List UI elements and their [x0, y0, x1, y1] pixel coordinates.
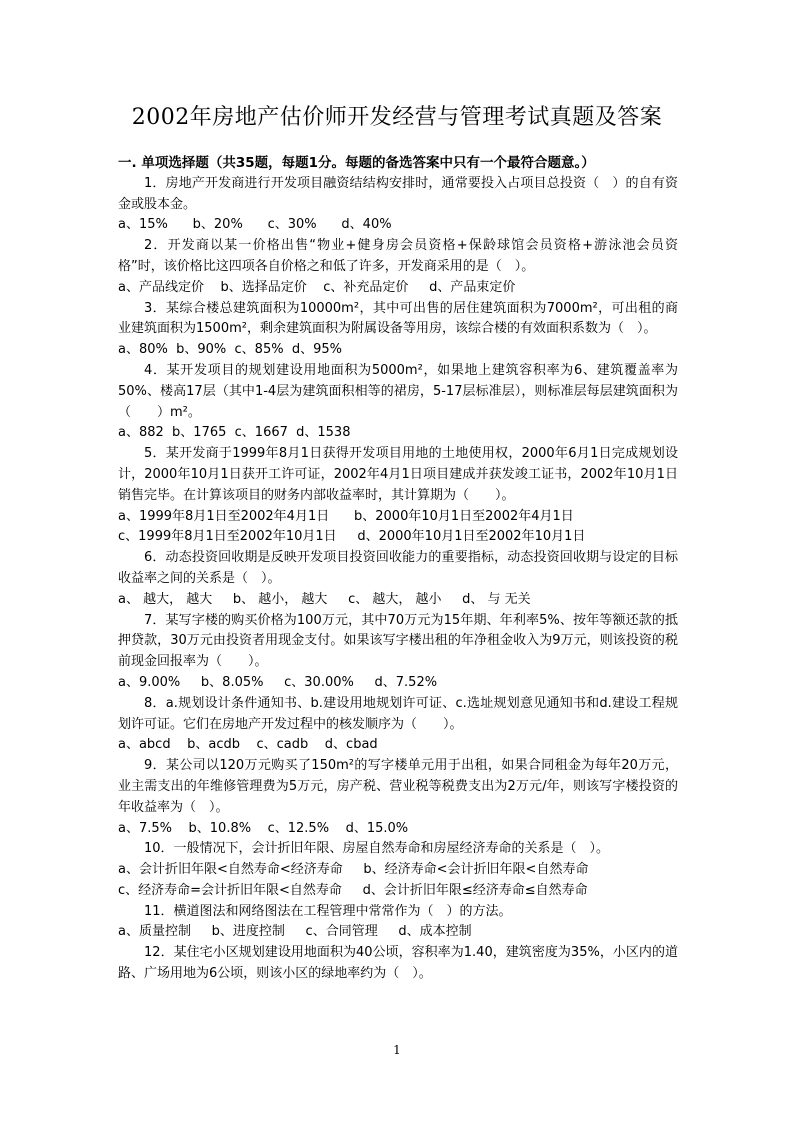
question-stem: 2．开发商以某一价格出售“物业+健身房会员资格+保龄球馆会员资格+游泳池会员资格…	[118, 236, 678, 278]
question-stem: 3．某综合楼总建筑面积为10000m²，其中可出售的居住建筑面积为7000m²，…	[118, 299, 678, 341]
question-options: a、 越大， 越大 b、 越小， 越大 c、 越大， 越小 d、 与 无关	[118, 590, 678, 611]
question-options: c、经济寿命=会计折旧年限<自然寿命 d、会计折旧年限≤经济寿命≤自然寿命	[118, 881, 678, 902]
question-11: 11．横道图法和网络图法在工程管理中常常作为（ ）的方法。 a、质量控制 b、进…	[118, 902, 678, 944]
question-stem: 6．动态投资回收期是反映开发项目投资回收能力的重要指标，动态投资回收期与设定的目…	[118, 548, 678, 590]
question-options: a、1999年8月1日至2002年4月1日 b、2000年10月1日至2002年…	[118, 507, 678, 528]
question-6: 6．动态投资回收期是反映开发项目投资回收能力的重要指标，动态投资回收期与设定的目…	[118, 548, 678, 610]
question-stem: 11．横道图法和网络图法在工程管理中常常作为（ ）的方法。	[118, 902, 678, 923]
question-options: a、882 b、1765 c、1667 d、1538	[118, 423, 678, 444]
section-heading: 一. 单项选择题（共35题，每题1分。每题的备选答案中只有一个最符合题意。）	[118, 153, 678, 174]
question-12: 12．某住宅小区规划建设用地面积为40公顷，容积率为1.40，建筑密度为35%，…	[118, 943, 678, 985]
document-body: 一. 单项选择题（共35题，每题1分。每题的备选答案中只有一个最符合题意。） 1…	[118, 153, 678, 985]
question-options: a、产品线定价 b、选择品定价 c、补充品定价 d、产品束定价	[118, 278, 678, 299]
question-10: 10．一般情况下，会计折旧年限、房屋自然寿命和房屋经济寿命的关系是（ ）。 a、…	[118, 839, 678, 901]
document-page: 2002年房地产估价师开发经营与管理考试真题及答案 一. 单项选择题（共35题，…	[0, 0, 794, 1123]
question-stem: 9．某公司以120万元购买了150m²的写字楼单元用于出租，如果合同租金为每年2…	[118, 756, 678, 818]
question-stem: 12．某住宅小区规划建设用地面积为40公顷，容积率为1.40，建筑密度为35%，…	[118, 943, 678, 985]
question-options: a、9.00% b、8.05% c、30.00% d、7.52%	[118, 673, 678, 694]
question-8: 8．a.规划设计条件通知书、b.建设用地规划许可证、c.选址规划意见通知书和d.…	[118, 694, 678, 756]
question-options: a、7.5% b、10.8% c、12.5% d、15.0%	[118, 819, 678, 840]
question-stem: 4．某开发项目的规划建设用地面积为5000m²，如果地上建筑容积率为6、建筑覆盖…	[118, 361, 678, 423]
question-options: a、会计折旧年限<自然寿命<经济寿命 b、经济寿命<会计折旧年限<自然寿命	[118, 860, 678, 881]
question-5: 5．某开发商于1999年8月1日获得开发项目用地的土地使用权，2000年6月1日…	[118, 444, 678, 548]
question-stem: 1．房地产开发商进行开发项目融资结结构安排时，通常要投入占项目总投资（ ）的自有…	[118, 174, 678, 216]
question-stem: 7．某写字楼的购买价格为100万元，其中70万元为15年期、年利率5%、按年等额…	[118, 611, 678, 673]
question-2: 2．开发商以某一价格出售“物业+健身房会员资格+保龄球馆会员资格+游泳池会员资格…	[118, 236, 678, 298]
document-title: 2002年房地产估价师开发经营与管理考试真题及答案	[0, 100, 794, 131]
question-4: 4．某开发项目的规划建设用地面积为5000m²，如果地上建筑容积率为6、建筑覆盖…	[118, 361, 678, 444]
question-stem: 8．a.规划设计条件通知书、b.建设用地规划许可证、c.选址规划意见通知书和d.…	[118, 694, 678, 736]
question-options: a、abcd b、acdb c、cadb d、cbad	[118, 735, 678, 756]
question-options: a、质量控制 b、进度控制 c、合同管理 d、成本控制	[118, 922, 678, 943]
question-9: 9．某公司以120万元购买了150m²的写字楼单元用于出租，如果合同租金为每年2…	[118, 756, 678, 839]
question-options: c、1999年8月1日至2002年10月1日 d、2000年10月1日至2002…	[118, 527, 678, 548]
question-options: a、80% b、90% c、85% d、95%	[118, 340, 678, 361]
question-stem: 5．某开发商于1999年8月1日获得开发项目用地的土地使用权，2000年6月1日…	[118, 444, 678, 506]
question-3: 3．某综合楼总建筑面积为10000m²，其中可出售的居住建筑面积为7000m²，…	[118, 299, 678, 361]
question-7: 7．某写字楼的购买价格为100万元，其中70万元为15年期、年利率5%、按年等额…	[118, 611, 678, 694]
question-options: a、15% b、20% c、30% d、40%	[118, 215, 678, 236]
question-stem: 10．一般情况下，会计折旧年限、房屋自然寿命和房屋经济寿命的关系是（ ）。	[118, 839, 678, 860]
page-number: 1	[0, 1043, 794, 1057]
question-1: 1．房地产开发商进行开发项目融资结结构安排时，通常要投入占项目总投资（ ）的自有…	[118, 174, 678, 236]
